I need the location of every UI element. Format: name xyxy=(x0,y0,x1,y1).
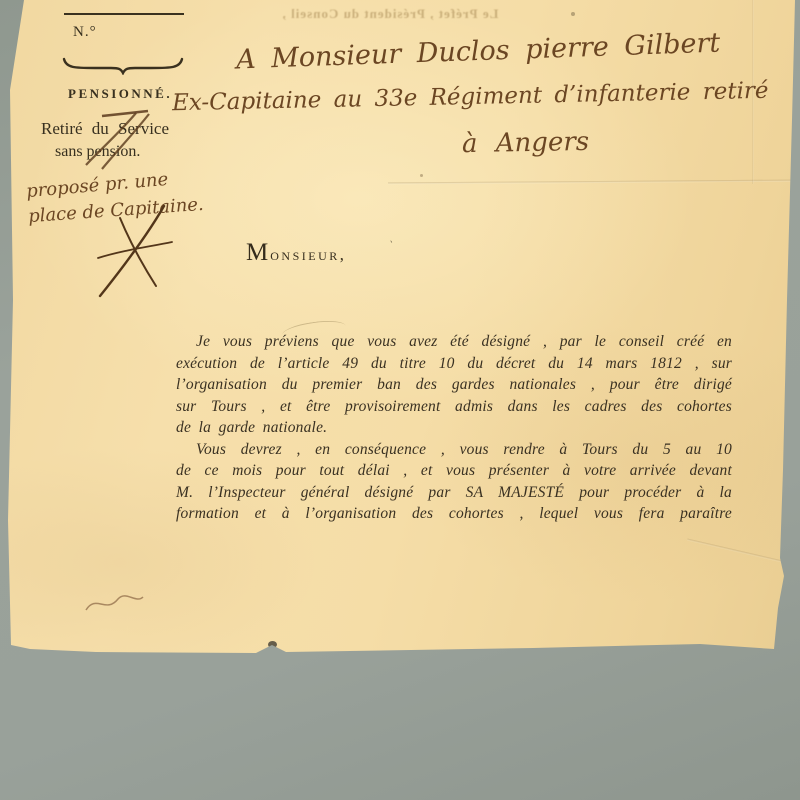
paper-speck xyxy=(571,12,575,16)
text-line: formation et à l’organisation des cohort… xyxy=(176,503,732,525)
text-line: Je vous préviens que vous avez été désig… xyxy=(176,331,732,353)
fold-crease-bottom-right xyxy=(687,539,787,564)
handwritten-city: à Angers xyxy=(462,127,590,159)
text-line: de ce mois pour tout délai , et vous pré… xyxy=(176,460,732,482)
fold-crease-right xyxy=(388,180,792,185)
text-line: sur Tours , et être provisoirement admis… xyxy=(176,396,732,418)
text-line: Vous devrez , en conséquence , vous rend… xyxy=(176,439,732,461)
paraph-flourish xyxy=(86,204,186,300)
status-pensioned-label: PENSIONNÉ. xyxy=(68,86,172,102)
verso-bleed-text: Le Préfet , Président du Conseil , xyxy=(225,6,555,22)
text-line: exécution de l’article 49 du titre 10 du… xyxy=(176,353,732,375)
photo-background: N.° PENSIONNÉ. Retiré du Service sans pe… xyxy=(0,0,800,800)
number-label: N.° xyxy=(73,24,97,41)
paper-speck xyxy=(268,641,277,648)
paper-speck xyxy=(420,174,423,177)
fold-crease-vertical xyxy=(752,0,754,184)
text-line: M. l’Inspecteur général désigné par SA M… xyxy=(176,482,732,504)
ink-stray-mark: ˋ xyxy=(386,238,395,253)
handwritten-strikethrough xyxy=(76,105,172,171)
handwritten-addressee: A Monsieur Duclos pierre Gilbert xyxy=(236,28,721,76)
text-line: l’organisation du premier ban des gardes… xyxy=(176,374,732,396)
letter-body: Je vous préviens que vous avez été désig… xyxy=(176,331,732,525)
letter-paper: N.° PENSIONNÉ. Retiré du Service sans pe… xyxy=(0,0,800,662)
salutation: Monsieur, xyxy=(246,239,346,267)
handwritten-rank-regiment: Ex-Capitaine au 33e Régiment d’infanteri… xyxy=(172,78,769,116)
header-rule xyxy=(64,13,184,15)
text-line: de la garde nationale. xyxy=(176,417,732,439)
ink-squiggle xyxy=(84,588,146,616)
brace-ornament xyxy=(61,55,185,75)
